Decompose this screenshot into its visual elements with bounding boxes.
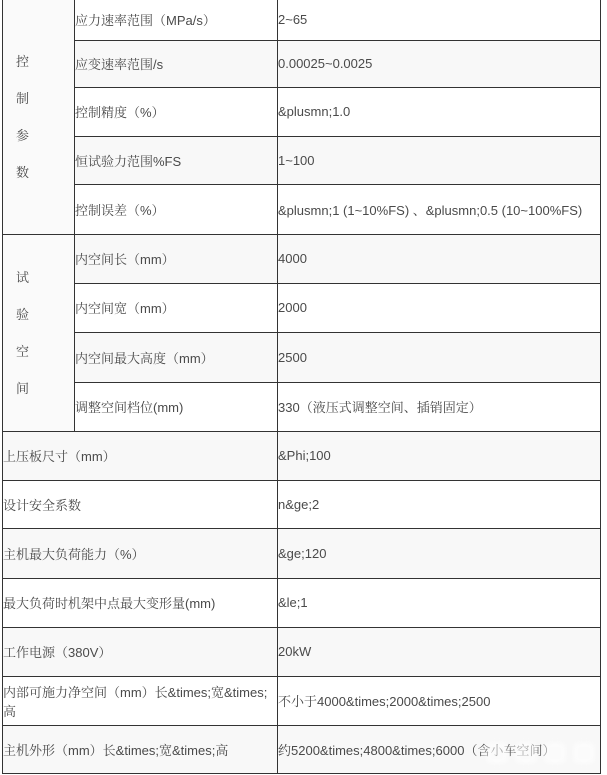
spec-table: 控制参数 应力速率范围（MPa/s） 2~65 应变速率范围/s 0.00025… (2, 0, 601, 774)
row-label-cell: 内空间长（mm） (75, 234, 278, 283)
row-label-cell: 恒试验力范围%FS (75, 136, 278, 184)
spec-table-page: 控制参数 应力速率范围（MPa/s） 2~65 应变速率范围/s 0.00025… (0, 0, 607, 775)
section-header-label: 控制参数 (16, 43, 31, 191)
row-value-cell: 2000 (278, 283, 601, 332)
row-label-cell: 内空间宽（mm） (75, 283, 278, 332)
row-label-cell: 内部可施力净空间（mm）长&times;宽&times;高 (3, 676, 278, 725)
row-label-cell: 上压板尺寸（mm） (3, 431, 278, 480)
table-row: 内空间最大高度（mm） 2500 (3, 332, 601, 382)
table-row: 控制误差（%） &plusmn;1 (1~10%FS) 、&plusmn;0.5… (3, 184, 601, 234)
row-value-cell: 330（液压式调整空间、插销固定） (278, 382, 601, 431)
row-label-cell: 调整空间档位(mm) (75, 382, 278, 431)
row-label-cell: 应变速率范围/s (75, 40, 278, 87)
row-label-cell: 主机最大负荷能力（%） (3, 528, 278, 578)
table-row: 内空间宽（mm） 2000 (3, 283, 601, 332)
row-value-cell: &le;1 (278, 578, 601, 627)
section-header-cell-control-params: 控制参数 (3, 0, 75, 234)
row-value-cell: 约5200&times;4800&times;6000（含小车空间） (278, 725, 601, 773)
section-header-label: 试验空间 (16, 259, 31, 407)
row-value-cell: 1~100 (278, 136, 601, 184)
table-row: 主机最大负荷能力（%） &ge;120 (3, 528, 601, 578)
table-row: 上压板尺寸（mm） &Phi;100 (3, 431, 601, 480)
table-row: 内部可施力净空间（mm）长&times;宽&times;高 不小于4000&ti… (3, 676, 601, 725)
row-value-cell: 2500 (278, 332, 601, 382)
row-label-cell: 控制精度（%） (75, 87, 278, 136)
table-row: 应变速率范围/s 0.00025~0.0025 (3, 40, 601, 87)
row-value-cell: 2~65 (278, 0, 601, 40)
table-row: 主机外形（mm）长&times;宽&times;高 约5200&times;48… (3, 725, 601, 773)
table-row: 工作电源（380V） 20kW (3, 627, 601, 676)
row-value-cell: &plusmn;1.0 (278, 87, 601, 136)
row-value-cell: 不小于4000&times;2000&times;2500 (278, 676, 601, 725)
row-label-cell: 控制误差（%） (75, 184, 278, 234)
row-value-cell: &plusmn;1 (1~10%FS) 、&plusmn;0.5 (10~100… (278, 184, 601, 234)
row-label-cell: 内空间最大高度（mm） (75, 332, 278, 382)
row-label-cell: 主机外形（mm）长&times;宽&times;高 (3, 725, 278, 773)
row-label-cell: 应力速率范围（MPa/s） (75, 0, 278, 40)
row-label-cell: 最大负荷时机架中点最大变形量(mm) (3, 578, 278, 627)
row-value-cell: &ge;120 (278, 528, 601, 578)
table-row: 试验空间 内空间长（mm） 4000 (3, 234, 601, 283)
table-row: 调整空间档位(mm) 330（液压式调整空间、插销固定） (3, 382, 601, 431)
table-row: 控制参数 应力速率范围（MPa/s） 2~65 (3, 0, 601, 40)
table-row: 恒试验力范围%FS 1~100 (3, 136, 601, 184)
table-row: 设计安全系数 n&ge;2 (3, 480, 601, 528)
row-label-cell: 设计安全系数 (3, 480, 278, 528)
row-value-cell: 20kW (278, 627, 601, 676)
row-value-cell: 4000 (278, 234, 601, 283)
table-row: 最大负荷时机架中点最大变形量(mm) &le;1 (3, 578, 601, 627)
row-value-cell: n&ge;2 (278, 480, 601, 528)
section-header-cell-test-space: 试验空间 (3, 234, 75, 431)
row-value-cell: &Phi;100 (278, 431, 601, 480)
row-label-cell: 工作电源（380V） (3, 627, 278, 676)
table-row: 控制精度（%） &plusmn;1.0 (3, 87, 601, 136)
row-value-cell: 0.00025~0.0025 (278, 40, 601, 87)
